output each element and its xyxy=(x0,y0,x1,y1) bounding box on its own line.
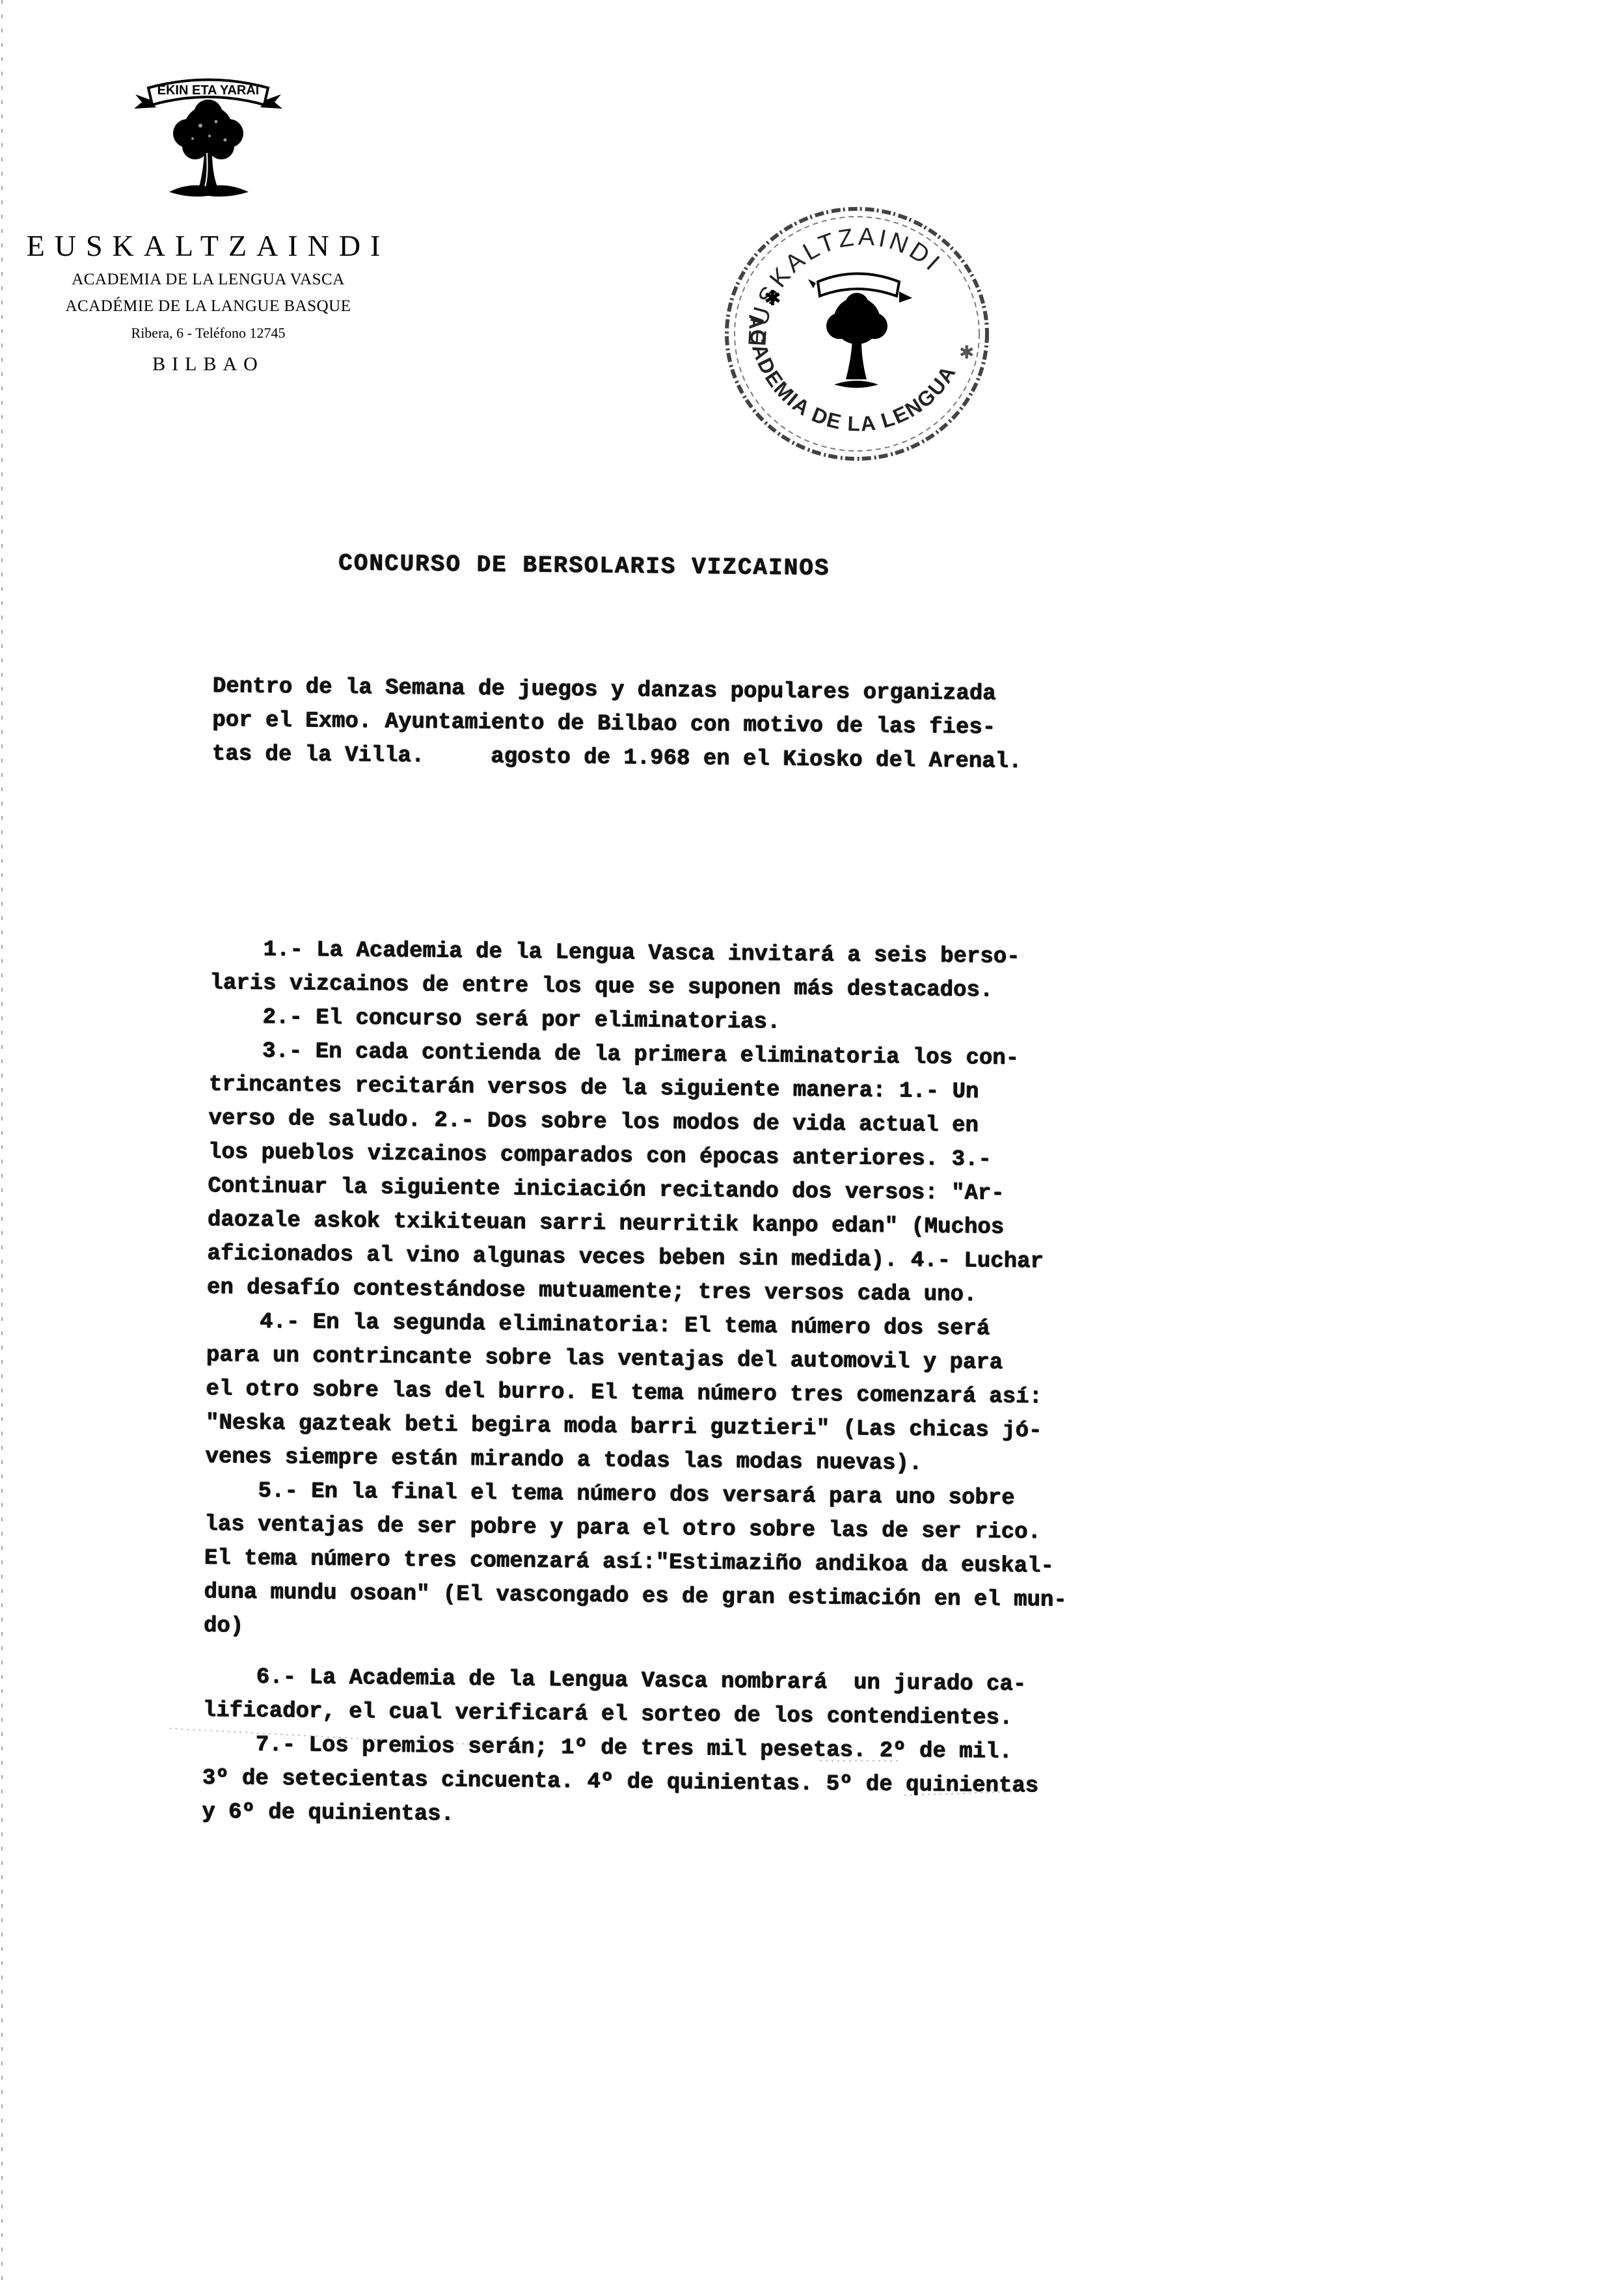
rule-clause-1: 1.- La Academia de la Lengua Vasca invit… xyxy=(210,932,1073,1009)
document-title: CONCURSO DE BERSOLARIS VIZCAINOS xyxy=(338,547,830,586)
stamp-star-left-icon: ✱ xyxy=(764,286,781,310)
rule-clause-4: 4.- En la segunda eliminatoria: El tema … xyxy=(205,1305,1070,1482)
org-address: Ribera, 6 - Teléfono 12745 xyxy=(26,325,390,342)
rules-list: 1.- La Academia de la Lengua Vasca invit… xyxy=(202,932,1073,1838)
org-name-spanish: ACADEMIA DE LA LENGUA VASCA xyxy=(26,271,390,288)
academy-seal-stamp: EUSKALTZAINDI ACADEMIA DE LA LENGUA VASC… xyxy=(704,184,1010,483)
letterhead: EKIN ETA YARAI EUSKALTZAINDI ACADEMIA DE… xyxy=(26,68,390,375)
document-body: Dentro de la Semana de juegos y danzas p… xyxy=(201,602,1076,1871)
rule-clause-3: 3.- En cada contienda de la primera elim… xyxy=(207,1034,1072,1313)
intro-paragraph: Dentro de la Semana de juegos y danzas p… xyxy=(212,670,1076,780)
oak-tree-icon xyxy=(808,274,912,388)
scan-artifact xyxy=(820,1760,898,1761)
stamp-star-right-icon: ✱ xyxy=(959,342,974,363)
rule-clause-5: 5.- En la final el tema número dos versa… xyxy=(204,1474,1068,1651)
org-name: EUSKALTZAINDI xyxy=(26,231,390,261)
scan-page-edge xyxy=(1,0,3,2282)
rule-clause-7: 7.- Los premios serán; 1º de tres mil pe… xyxy=(202,1728,1066,1838)
oak-tree-with-banner-icon: EKIN ETA YARAI xyxy=(130,68,286,205)
org-name-french: ACADÉMIE DE LA LANGUE BASQUE xyxy=(26,298,390,314)
stamp-bottom-text: ACADEMIA DE LA LENGUA VASCA xyxy=(704,184,963,436)
org-city: BILBAO xyxy=(26,353,390,375)
svg-text:EKIN ETA YARAI: EKIN ETA YARAI xyxy=(157,83,260,98)
rule-clause-6: 6.- La Academia de la Lengua Vasca nombr… xyxy=(202,1660,1066,1736)
